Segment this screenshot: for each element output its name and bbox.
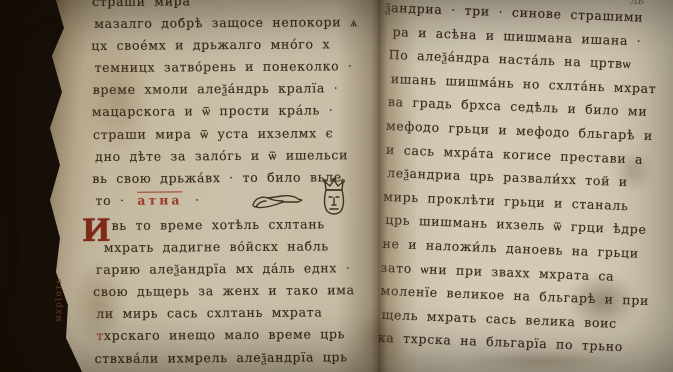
red-initial-letter: И <box>82 216 112 246</box>
text-line: свою дьщерь за женх и тако има <box>93 279 360 303</box>
year-red-ink: атна <box>137 192 182 207</box>
manuscript-photo: страши мирамазалго добрѣ защосе непокори… <box>0 0 673 372</box>
text-line: гарию алеѯандрїа мх да́ль еднх · <box>96 257 360 281</box>
text-line: време хмоли алеѯа́ндрь кралїа · <box>93 78 359 102</box>
text-line: цх свое́мх и дрьжалго мно́го х <box>91 33 358 57</box>
text-line: темницх затво́рень и понеколко · <box>94 55 358 79</box>
paragraph-lines: мхрать дадигне во́йскх набльгарию алеѯан… <box>94 235 360 325</box>
right-page-text: ѯандриа · три · синове страшимира и асѣн… <box>378 0 660 360</box>
margin-note-vertical: мхрїоть <box>54 277 64 322</box>
text-line: дно дѣте за зало́гь и ѿ ишельси <box>95 144 359 168</box>
sultan-paragraph: И вь то време хотѣль схлтань мхрать дади… <box>94 213 361 370</box>
crowned-head-icon <box>320 178 348 216</box>
text-line: вь то време хотѣль схлтань <box>112 213 360 237</box>
year-line-pre: то · <box>95 193 124 208</box>
text-line: страши мира ѿ уста ихзелмх є <box>93 122 359 146</box>
red-lead-letter: т <box>96 328 104 343</box>
top-partial-word: ль <box>630 0 645 7</box>
left-text-block: страши мирамазалго добрѣ защосе непокори… <box>92 0 359 190</box>
turk-line-rest: хрскаго инещо мало време црь <box>104 327 345 344</box>
text-line: мхрать дадигне во́йскх набль <box>104 235 360 259</box>
manicule-pointing-hand-icon <box>250 192 306 212</box>
text-line: тхрскаго инещо мало време црь <box>96 324 360 348</box>
text-line: мазалго добрѣ защосе непокори ѧ <box>94 11 358 35</box>
text-line: мацарскога и ѿ прости кра́ль · <box>92 100 359 124</box>
text-line: ли мирь сась схлтань мхрата <box>96 301 360 325</box>
text-line: ствхва́ли ихмрель алеѯандрїа црь <box>94 346 360 370</box>
year-line-post: · <box>195 192 200 207</box>
